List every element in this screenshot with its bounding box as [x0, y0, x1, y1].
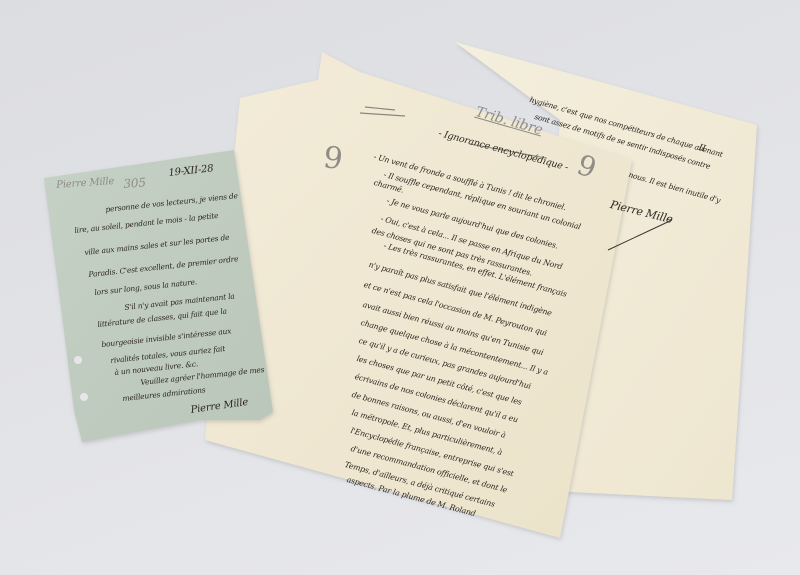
punch-hole-1 [74, 356, 82, 364]
card-number-pencil: 305 [123, 175, 146, 191]
photo-scene: Pierre Mille 305 19-XII-28 personne de v… [0, 0, 800, 575]
punch-hole-2 [80, 393, 88, 401]
